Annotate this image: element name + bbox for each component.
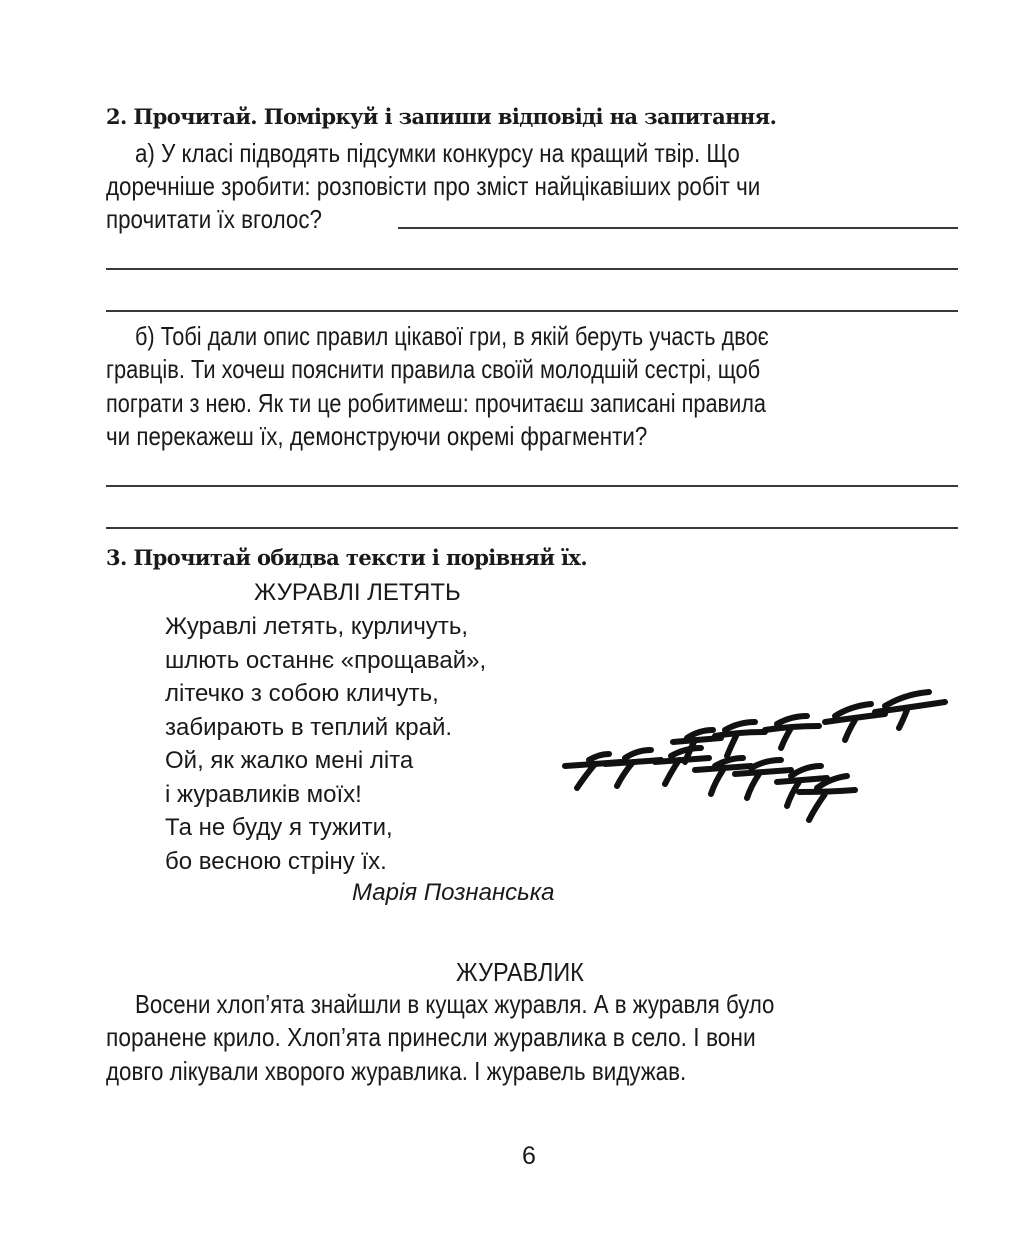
task-2a-line-1: а) У класі підводять підсумки конкурсу н… bbox=[135, 137, 740, 170]
story-line-3: довго лікували хворого журавлика. І жура… bbox=[106, 1055, 686, 1088]
answer-line-2a-2[interactable] bbox=[106, 268, 958, 270]
story-line-1: Восени хлоп’ята знайшли в кущах журавля.… bbox=[135, 988, 774, 1021]
task-2a-line-2: доречніше зробити: розповісти про зміст … bbox=[106, 170, 760, 203]
task-2b-line-1: б) Тобі дали опис правил цікавої гри, в … bbox=[135, 320, 769, 353]
poem-line: Та не буду я тужити, bbox=[165, 811, 486, 845]
poem-line: літечко з собою кличуть, bbox=[165, 677, 486, 711]
task-2b-line-2: гравців. Ти хочеш пояснити правила своїй… bbox=[106, 353, 760, 386]
poem-line: забирають в теплий край. bbox=[165, 711, 486, 745]
poem-line: бо весною стріну їх. bbox=[165, 845, 486, 879]
poem-line: Ой, як жалко мені літа bbox=[165, 744, 486, 778]
task-3-heading: 3. Прочитай обидва тексти і порівняй їх. bbox=[106, 545, 587, 570]
flying-cranes-illustration bbox=[555, 670, 965, 830]
task-2b-line-3: пограти з нею. Як ти це робитимеш: прочи… bbox=[106, 387, 766, 420]
poem-line: Журавлі летять, курличуть, bbox=[165, 610, 486, 644]
poem-author: Марія Познанська bbox=[352, 876, 554, 910]
page-number: 6 bbox=[522, 1142, 536, 1171]
answer-line-2b-2[interactable] bbox=[106, 527, 958, 529]
poem-line: і журавликів моїх! bbox=[165, 778, 486, 812]
answer-line-2a-1[interactable] bbox=[398, 227, 958, 229]
story-line-2: поранене крило. Хлоп’ята принесли журавл… bbox=[106, 1021, 756, 1054]
poem-body: Журавлі летять, курличуть, шлють останнє… bbox=[165, 610, 486, 878]
task-2a-line-3: прочитати їх вголос? bbox=[106, 203, 322, 236]
poem-line: шлють останнє «прощавай», bbox=[165, 644, 486, 678]
answer-line-2a-3[interactable] bbox=[106, 310, 958, 312]
answer-line-2b-1[interactable] bbox=[106, 485, 958, 487]
cranes-icon bbox=[555, 670, 965, 830]
task-2-heading: 2. Прочитай. Поміркуй і запиши відповіді… bbox=[106, 104, 776, 129]
task-2b-line-4: чи перекажеш їх, демонструючи окремі фра… bbox=[106, 420, 647, 453]
story-title: ЖУРАВЛИК bbox=[456, 956, 584, 989]
poem-title: ЖУРАВЛІ ЛЕТЯТЬ bbox=[254, 576, 461, 610]
